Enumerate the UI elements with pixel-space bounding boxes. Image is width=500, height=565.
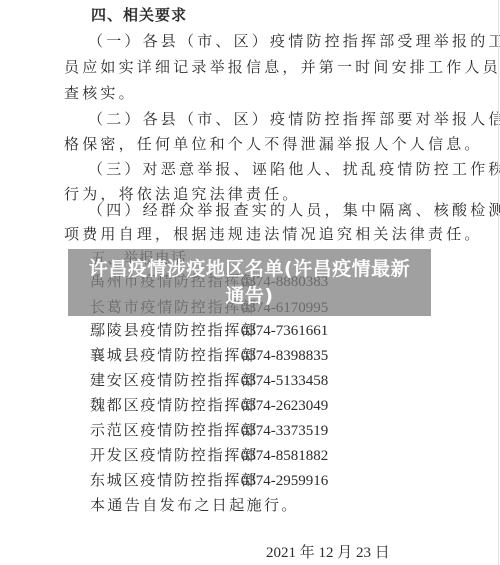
effective-statement: 本通告自发布之日起施行。: [90, 494, 299, 515]
hotline-phone: 0374-2623049: [241, 398, 329, 414]
hotline-phone: 0374-8581882: [241, 448, 329, 464]
hotline-name: 开发区疫情防控指挥部: [90, 446, 236, 464]
paragraph-1-line-2: 员应如实详细记录举报信息，并第一时间安排工作人员进行调: [64, 58, 500, 76]
paragraph-2-line-1: （二）各县（市、区）疫情防控指挥部要对举报人信息严: [88, 110, 500, 128]
section-heading-requirements: 四、相关要求: [91, 6, 187, 24]
paragraph-4-line-1: （四）经群众举报查实的人员，集中隔离、核酸检测等各: [88, 201, 500, 219]
hotline-phone: 0374-8398835: [241, 348, 329, 364]
hotline-name: 襄城县疫情防控指挥部: [90, 346, 236, 364]
hotline-phone: 0374-3373519: [241, 423, 329, 439]
paragraph-4-line-2: 项费用自理，根据违规违法情况追究相关法律责任。: [64, 225, 483, 243]
hotline-name: 魏都区疫情防控指挥部: [90, 396, 236, 414]
hotline-phone: 0374-2959916: [241, 473, 329, 489]
hotline-row: 开发区疫情防控指挥部 0374-8581882: [90, 446, 328, 465]
hotline-name: 建安区疫情防控指挥部: [90, 371, 236, 389]
hotline-row: 魏都区疫情防控指挥部 0374-2623049: [90, 396, 328, 415]
banner-title: 许昌疫情涉疫地区名单(许昌疫情最新通告): [80, 256, 420, 310]
hotline-row: 鄢陵县疫情防控指挥部 0374-7361661: [90, 321, 328, 340]
issue-date: 2021 年 12 月 23 日: [266, 541, 390, 562]
paragraph-2-line-2: 格保密，任何单位和个人不得泄漏举报人个人信息。: [64, 135, 483, 153]
hotline-row: 东城区疫情防控指挥部 0374-2959916: [90, 471, 328, 490]
page-edge-divider: [498, 0, 499, 565]
hotline-name: 鄢陵县疫情防控指挥部: [90, 321, 236, 339]
hotline-phone: 0374-5133458: [241, 373, 329, 389]
title-overlay-banner: 许昌疫情涉疫地区名单(许昌疫情最新通告): [68, 249, 431, 316]
hotline-row: 建安区疫情防控指挥部 0374-5133458: [90, 371, 328, 390]
hotline-row: 襄城县疫情防控指挥部 0374-8398835: [90, 346, 328, 365]
paragraph-3-line-1: （三）对恶意举报、诬陷他人、扰乱疫情防控工作秩序的: [88, 160, 500, 178]
hotline-name: 东城区疫情防控指挥部: [90, 471, 236, 489]
hotline-row: 示范区疫情防控指挥部 0374-3373519: [90, 421, 328, 440]
paragraph-1-line-3: 查核实。: [64, 84, 137, 102]
paragraph-1-line-1: （一）各县（市、区）疫情防控指挥部受理举报的工作人: [88, 32, 500, 50]
hotline-name: 示范区疫情防控指挥部: [90, 421, 236, 439]
hotline-phone: 0374-7361661: [241, 323, 329, 339]
